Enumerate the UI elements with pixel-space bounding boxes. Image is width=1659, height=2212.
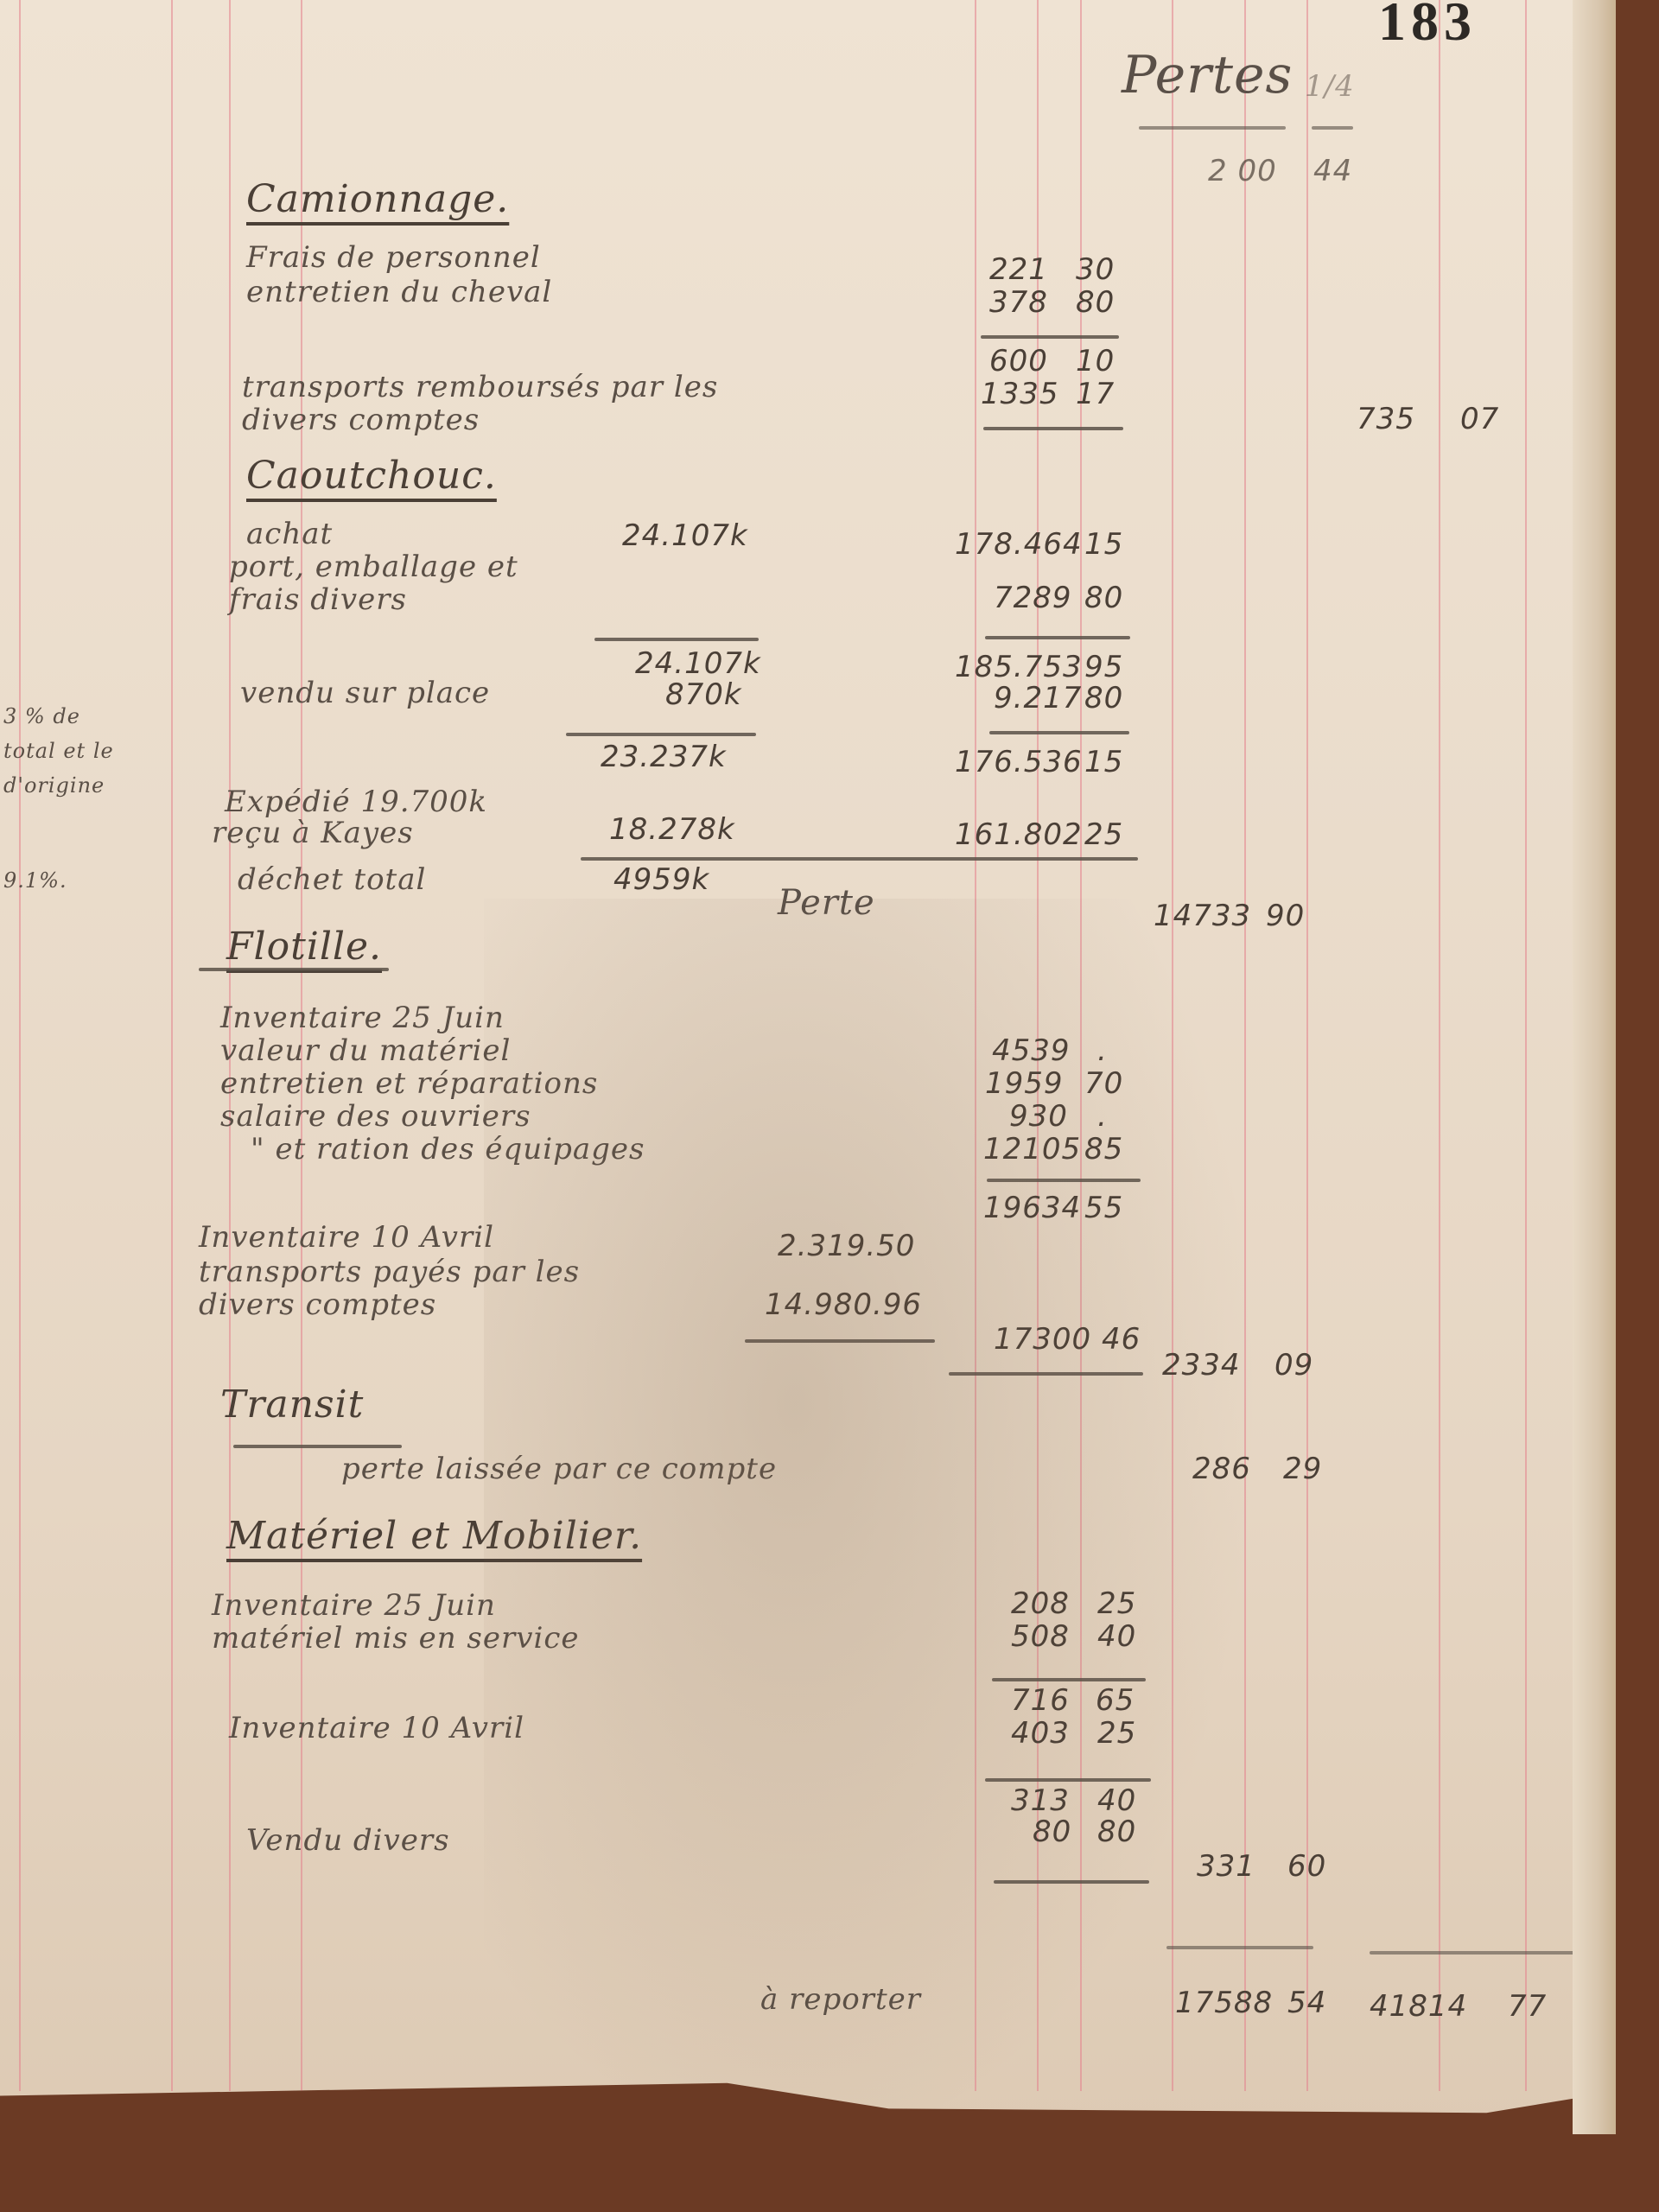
ruled-line bbox=[1525, 0, 1527, 2091]
sum-rule bbox=[987, 1179, 1141, 1182]
entry-label: perte laissée par ce compte bbox=[341, 1452, 777, 1486]
entry-cents: 15 bbox=[1084, 745, 1123, 779]
entry-cents: 25 bbox=[1097, 1586, 1136, 1621]
entry-label: valeur du matériel bbox=[220, 1033, 511, 1068]
entry-cents: 55 bbox=[1084, 1191, 1123, 1225]
title-rule bbox=[233, 1445, 402, 1448]
entry-cents: 17 bbox=[1076, 377, 1115, 411]
header-rule bbox=[1312, 126, 1353, 130]
section-result-cents: 07 bbox=[1460, 402, 1499, 436]
total-rule bbox=[1166, 1946, 1313, 1949]
sum-rule bbox=[992, 1678, 1146, 1681]
entry-label: divers comptes bbox=[242, 403, 480, 437]
page-number: 183 bbox=[1378, 0, 1477, 54]
entry-cents: 15 bbox=[1084, 527, 1123, 562]
entry-kilos: 24.107k bbox=[635, 646, 761, 681]
column-header: Pertes bbox=[1122, 45, 1293, 105]
entry-label: Inventaire 25 Juin bbox=[220, 1001, 505, 1035]
entry-label: Expédié 19.700k bbox=[225, 785, 487, 819]
ruled-line bbox=[975, 0, 976, 2091]
entry-label: frais divers bbox=[229, 582, 407, 617]
entry-label: port, emballage et bbox=[229, 550, 518, 584]
entry-francs: 313 bbox=[1011, 1783, 1070, 1818]
ruled-line bbox=[19, 0, 21, 2091]
credit-label: transports payés par les bbox=[199, 1255, 580, 1289]
entry-cents: 65 bbox=[1096, 1683, 1135, 1718]
entry-cents: . bbox=[1097, 1099, 1108, 1134]
sum-rule bbox=[566, 733, 756, 736]
entry-label: vendu sur place bbox=[240, 676, 490, 710]
entry-label: achat bbox=[246, 517, 333, 551]
entry-cents: 95 bbox=[1084, 650, 1123, 684]
entry-cents: 80 bbox=[1084, 581, 1123, 615]
entry-francs: 403 bbox=[1011, 1716, 1070, 1751]
entry-label: Frais de personnel bbox=[246, 240, 541, 275]
section-result-francs: 14733 bbox=[1154, 899, 1251, 933]
carry-forward-label: à reporter bbox=[760, 1982, 921, 2017]
entry-francs: 178.464 bbox=[955, 527, 1083, 562]
entry-francs: 1335 bbox=[981, 377, 1059, 411]
pertes-total-cents: 54 bbox=[1287, 1986, 1326, 2020]
section-result-francs: 331 bbox=[1197, 1849, 1255, 1884]
entry-kilos: 24.107k bbox=[622, 518, 748, 553]
entry-cents: 10 bbox=[1076, 344, 1115, 378]
margin-note-line: d'origine bbox=[3, 773, 105, 798]
entry-cents: 80 bbox=[1084, 681, 1123, 715]
entry-francs: 508 bbox=[1011, 1619, 1070, 1654]
entry-francs: 19634 bbox=[983, 1191, 1081, 1225]
section-result-cents: 60 bbox=[1287, 1849, 1326, 1884]
credit-amount: 14.980.96 bbox=[765, 1287, 922, 1322]
entry-francs: 176.536 bbox=[955, 745, 1083, 779]
credit-label: divers comptes bbox=[199, 1287, 436, 1322]
section-result-cents: 90 bbox=[1266, 899, 1305, 933]
sum-rule bbox=[985, 636, 1130, 639]
sum-rule bbox=[994, 1880, 1149, 1884]
ruled-line bbox=[1439, 0, 1440, 2091]
margin-note-line: total et le bbox=[3, 739, 114, 763]
section-title-transit: Transit bbox=[220, 1382, 364, 1427]
entry-francs: 930 bbox=[1009, 1099, 1068, 1134]
section-result-cents: 29 bbox=[1283, 1452, 1322, 1486]
entry-francs: 600 bbox=[989, 344, 1048, 378]
section-title-camionnage: Camionnage. bbox=[246, 177, 509, 221]
entry-cents: 80 bbox=[1097, 1815, 1136, 1849]
credit-label: Inventaire 10 Avril bbox=[199, 1220, 494, 1255]
sum-rule bbox=[745, 1339, 935, 1343]
total-rule bbox=[1370, 1951, 1603, 1955]
entry-label: entretien du cheval bbox=[246, 275, 552, 309]
entry-francs: 221 bbox=[989, 252, 1048, 287]
sum-rule bbox=[594, 638, 759, 641]
entry-label: déchet total bbox=[238, 862, 426, 897]
entry-cents: 80 bbox=[1076, 285, 1115, 320]
entry-kilos: 18.278k bbox=[609, 812, 735, 847]
entry-kilos: 23.237k bbox=[601, 740, 727, 774]
credit-amount: 2.319.50 bbox=[778, 1229, 915, 1263]
ledger-page: 183 Pertes 1/4 2 00 44 3 % de total et l… bbox=[0, 0, 1616, 2134]
sum-rule bbox=[985, 1778, 1151, 1782]
sum-rule bbox=[981, 335, 1119, 339]
entry-cents: 40 bbox=[1097, 1783, 1136, 1818]
book-binding-edge bbox=[1573, 0, 1616, 2134]
column-header-suffix: 1/4 bbox=[1305, 69, 1355, 104]
header-rule bbox=[1139, 126, 1286, 130]
entry-label: Vendu divers bbox=[246, 1823, 450, 1858]
entry-francs: 378 bbox=[989, 285, 1048, 320]
entry-cents: 30 bbox=[1076, 252, 1115, 287]
ruled-line bbox=[1172, 0, 1173, 2091]
entry-francs: 161.802 bbox=[955, 817, 1083, 852]
entry-cents: 85 bbox=[1084, 1132, 1123, 1166]
entry-kilos: 4959k bbox=[613, 862, 709, 897]
entry-label: salaire des ouvriers bbox=[220, 1099, 531, 1134]
margin-note-line: 3 % de bbox=[3, 704, 80, 728]
entry-cents: 70 bbox=[1084, 1066, 1123, 1101]
profits-total-cents: 77 bbox=[1508, 1989, 1547, 2024]
sum-rule bbox=[949, 1372, 1143, 1376]
entry-francs: 7289 bbox=[994, 581, 1072, 615]
entry-francs: 12105 bbox=[983, 1132, 1081, 1166]
profits-total-francs: 41814 bbox=[1370, 1989, 1467, 2024]
entry-cents: . bbox=[1097, 1033, 1108, 1068]
perte-label: Perte bbox=[778, 883, 875, 923]
entry-cents: 25 bbox=[1084, 817, 1123, 852]
section-result-francs: 2334 bbox=[1162, 1348, 1241, 1382]
entry-label: matériel mis en service bbox=[212, 1621, 580, 1656]
top-carry-cents: 44 bbox=[1313, 154, 1352, 188]
entry-francs: 716 bbox=[1011, 1683, 1070, 1718]
section-title-materiel-mobilier: Matériel et Mobilier. bbox=[226, 1514, 642, 1558]
entry-francs: 80 bbox=[1033, 1815, 1071, 1849]
sum-rule bbox=[581, 857, 1138, 861]
ruled-line bbox=[1306, 0, 1308, 2091]
margin-note-line: 9.1%. bbox=[3, 868, 67, 893]
entry-label: entretien et réparations bbox=[220, 1066, 598, 1101]
credits-total: 17300 46 bbox=[994, 1322, 1141, 1357]
section-result-cents: 09 bbox=[1274, 1348, 1313, 1382]
entry-label: " et ration des équipages bbox=[251, 1132, 645, 1166]
section-result-francs: 286 bbox=[1192, 1452, 1251, 1486]
entry-francs: 9.217 bbox=[994, 681, 1082, 715]
entry-kilos: 870k bbox=[665, 677, 742, 712]
section-title-flotille: Flotille. bbox=[226, 925, 382, 969]
entry-francs: 1959 bbox=[985, 1066, 1064, 1101]
title-rule bbox=[199, 968, 389, 971]
entry-cents: 25 bbox=[1097, 1716, 1136, 1751]
entry-francs: 4539 bbox=[992, 1033, 1071, 1068]
entry-label: transports remboursés par les bbox=[242, 370, 718, 404]
entry-label: Inventaire 25 Juin bbox=[212, 1588, 496, 1623]
entry-label: reçu à Kayes bbox=[212, 816, 414, 850]
sum-rule bbox=[983, 427, 1123, 430]
section-result-francs: 735 bbox=[1357, 402, 1415, 436]
entry-francs: 185.753 bbox=[955, 650, 1083, 684]
ruled-line bbox=[1244, 0, 1246, 2091]
sum-rule bbox=[989, 731, 1129, 734]
entry-cents: 40 bbox=[1097, 1619, 1136, 1654]
entry-label: Inventaire 10 Avril bbox=[229, 1711, 524, 1745]
pertes-total-francs: 17588 bbox=[1175, 1986, 1273, 2020]
top-carry-francs: 2 00 bbox=[1208, 154, 1277, 188]
section-title-caoutchouc: Caoutchouc. bbox=[246, 454, 497, 498]
entry-francs: 208 bbox=[1011, 1586, 1070, 1621]
ruled-line bbox=[171, 0, 173, 2091]
